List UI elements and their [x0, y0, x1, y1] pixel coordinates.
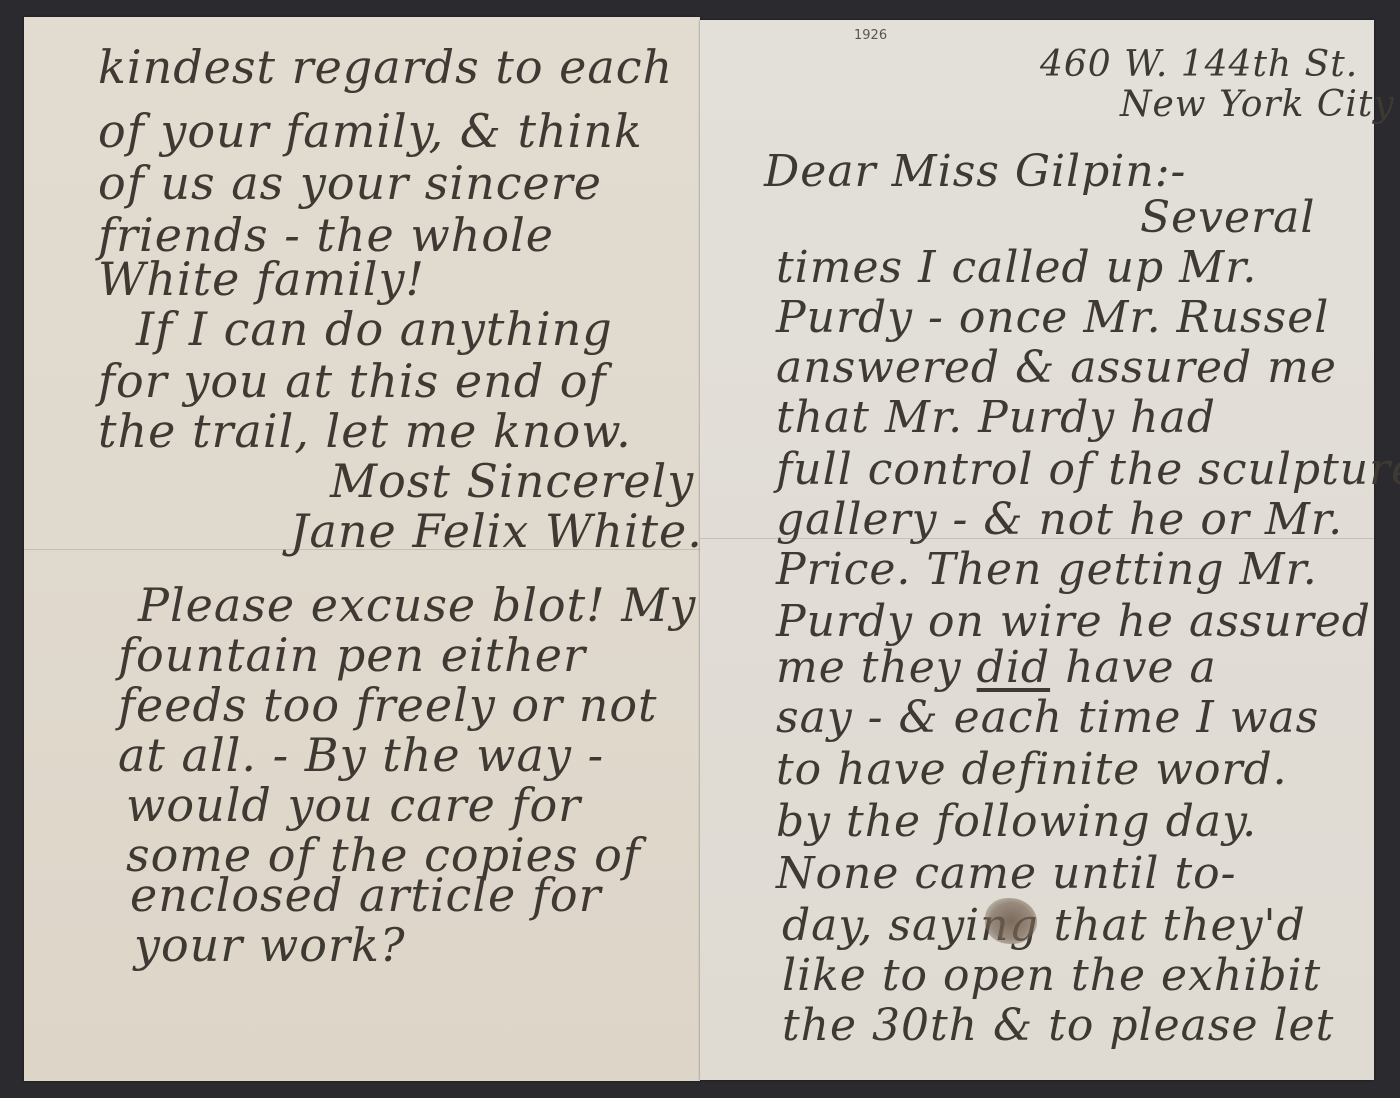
letter-line: me they did have a: [776, 646, 1217, 690]
letter-line: If I can do anything: [136, 306, 613, 352]
letter-text: have a: [1065, 642, 1217, 693]
letter-line: gallery - & not he or Mr.: [776, 498, 1343, 542]
postscript-line: feeds too freely or not: [118, 682, 658, 728]
letter-line: by the following day.: [776, 800, 1257, 844]
letter-line: of your family, & think: [98, 108, 643, 154]
postscript-line: Please excuse blot! My: [138, 582, 696, 628]
postscript-line: fountain pen either: [118, 632, 586, 678]
letter-line: to have definite word.: [776, 748, 1288, 792]
letter-line: None came until to-: [776, 852, 1237, 896]
letter-line: Several: [1140, 196, 1315, 240]
signature: Jane Felix White.: [290, 508, 703, 554]
letter-line: full control of the sculpture: [776, 448, 1400, 492]
letter-line: White family!: [98, 256, 425, 302]
postscript-line: enclosed article for: [130, 872, 602, 918]
year-annotation: 1926: [854, 28, 887, 43]
postscript-line: would you care for: [126, 782, 581, 828]
letter-line: the trail, let me know.: [98, 408, 632, 454]
letter-line: kindest regards to each: [98, 44, 673, 90]
letter-line: for you at this end of: [98, 358, 606, 404]
letter-line: Purdy on wire he assured: [776, 600, 1371, 644]
letter-line: Price. Then getting Mr.: [776, 548, 1318, 592]
letter-line: say - & each time I was: [776, 696, 1319, 740]
letter-line: times I called up Mr.: [776, 246, 1257, 290]
address-city: New York City: [1120, 84, 1395, 125]
salutation: Dear Miss Gilpin:-: [764, 150, 1186, 194]
postscript-line: at all. - By the way -: [118, 732, 604, 778]
letter-line: the 30th & to please let: [782, 1004, 1334, 1048]
letter-line: that Mr. Purdy had: [776, 396, 1216, 440]
address-street: 460 W. 144th St.: [1040, 44, 1358, 85]
closing-phrase: Most Sincerely: [330, 458, 694, 504]
ink-blot: [985, 898, 1037, 944]
letter-line: of us as your sincere: [98, 160, 602, 206]
letter-text: me they: [776, 642, 962, 693]
letter-line: Purdy - once Mr. Russel: [776, 296, 1329, 340]
letter-line: answered & assured me: [776, 346, 1337, 390]
underlined-word: did: [977, 642, 1050, 693]
postscript-line: your work?: [134, 922, 406, 968]
letter-line: like to open the exhibit: [782, 954, 1321, 998]
letter-line: day, saying that they'd: [782, 904, 1306, 948]
